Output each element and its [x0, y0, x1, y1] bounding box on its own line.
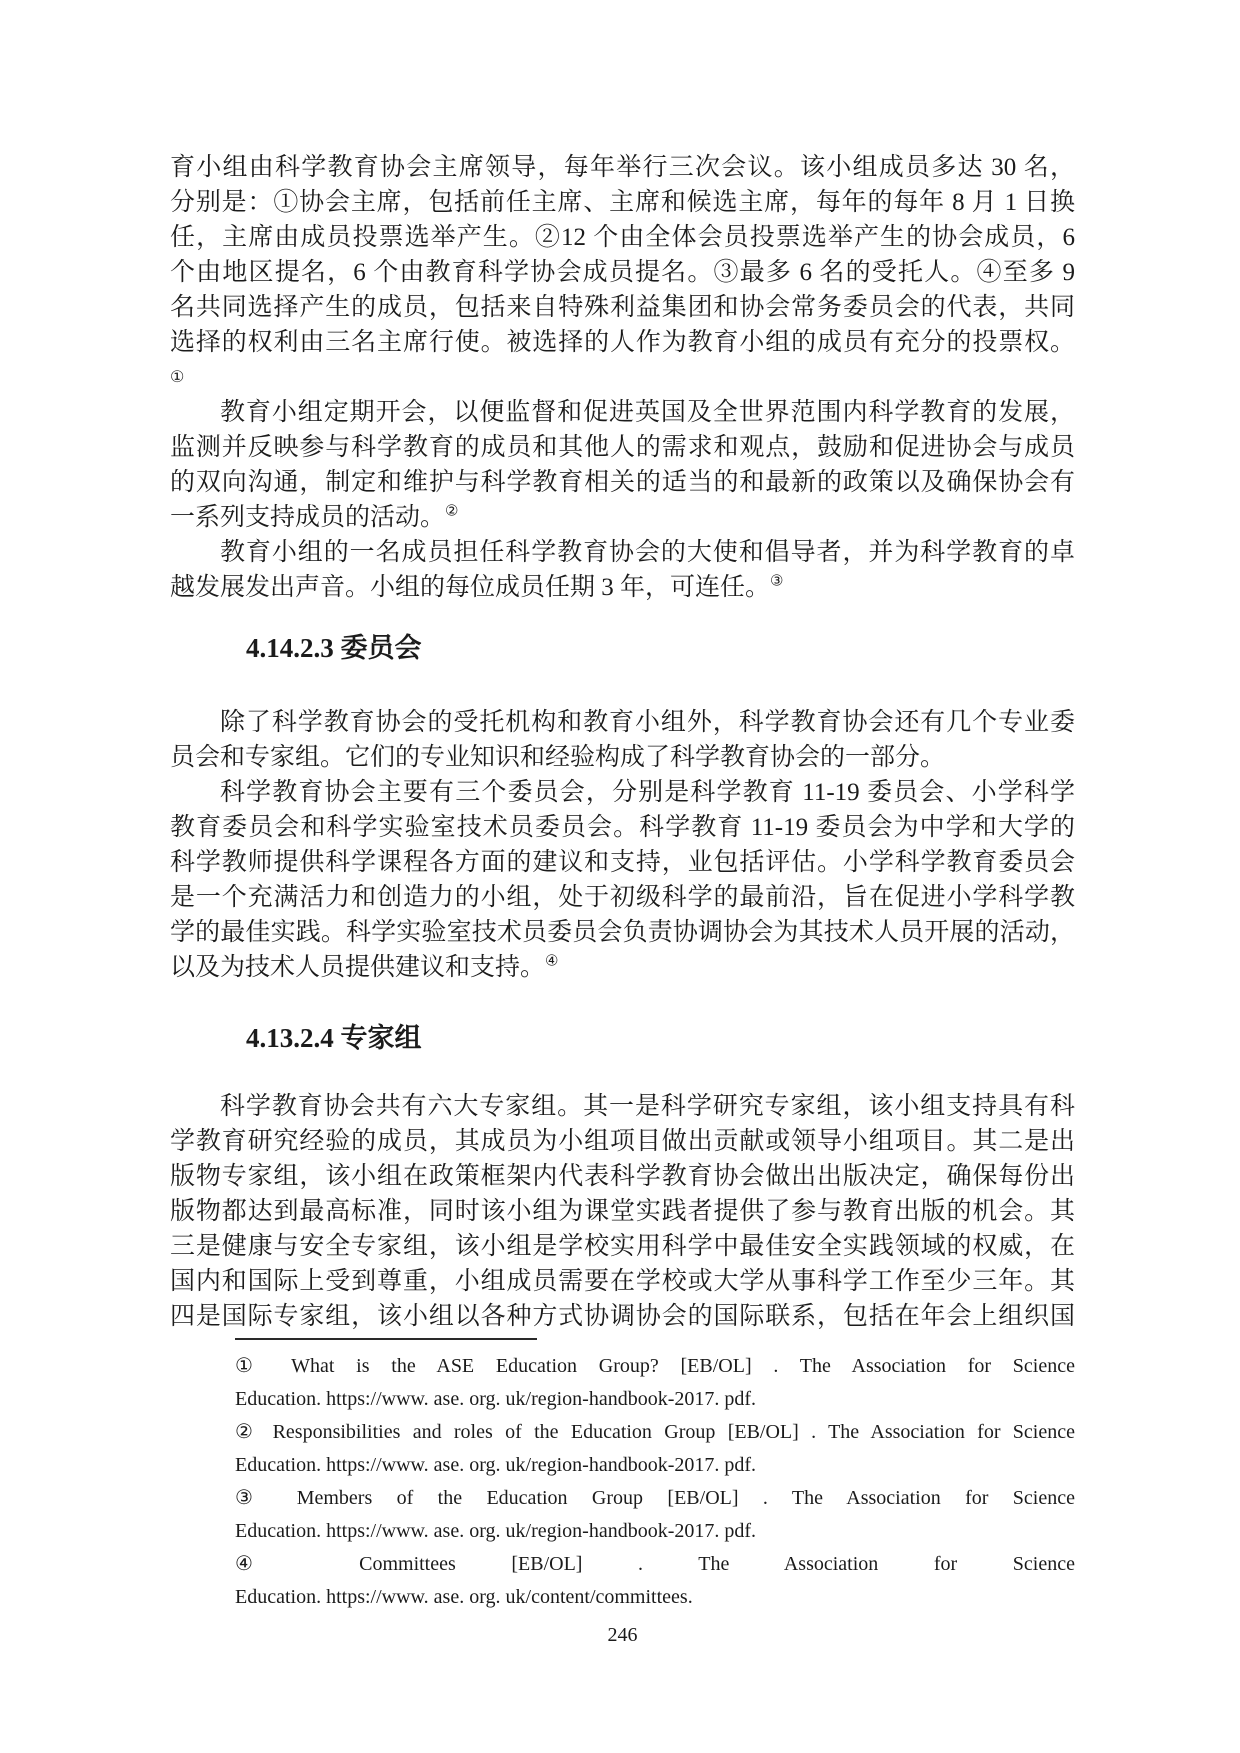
body-text: 育小组由科学教育协会主席领导，每年举行三次会议。该小组成员多达 30 名，分别是…	[170, 150, 1075, 1334]
page-number: 246	[170, 1622, 1075, 1648]
footnote-reference-mark: ③	[770, 574, 783, 590]
body-line: 国内和国际上受到尊重，小组成员需要在学校或大学从事科学工作至少三年。其	[170, 1264, 1075, 1299]
footnotes: ① What is the ASE Education Group? [EB/O…	[235, 1350, 1075, 1614]
footnote-line: Education. https://www. ase. org. uk/reg…	[235, 1515, 1075, 1548]
footnote-line: ① What is the ASE Education Group? [EB/O…	[235, 1350, 1075, 1383]
footnote-line: ③ Members of the Education Group [EB/OL]…	[235, 1482, 1075, 1515]
body-line: 的双向沟通，制定和维护与科学教育相关的适当的和最新的政策以及确保协会有	[170, 465, 1075, 500]
body-line: 是一个充满活力和创造力的小组，处于初级科学的最前沿，旨在促进小学科学教	[170, 880, 1075, 915]
section-heading: 4.14.2.3 委员会	[246, 629, 1075, 667]
body-line: 一系列支持成员的活动。②	[170, 500, 1075, 535]
body-line: 任，主席由成员投票选举产生。②12 个由全体会员投票选举产生的协会成员，6	[170, 220, 1075, 255]
footnote-item: ② Responsibilities and roles of the Educ…	[235, 1416, 1075, 1482]
body-line: 科学教育协会主要有三个委员会，分别是科学教育 11-19 委员会、小学科学	[170, 775, 1075, 810]
paragraph: 育小组由科学教育协会主席领导，每年举行三次会议。该小组成员多达 30 名，分别是…	[170, 150, 1075, 360]
body-line: 版物专家组，该小组在政策框架内代表科学教育协会做出出版决定，确保每份出	[170, 1159, 1075, 1194]
body-line: 科学教育协会共有六大专家组。其一是科学研究专家组，该小组支持具有科	[170, 1089, 1075, 1124]
footnote-line: ② Responsibilities and roles of the Educ…	[235, 1416, 1075, 1449]
body-line: 教育小组定期开会，以便监督和促进英国及全世界范围内科学教育的发展，	[170, 395, 1075, 430]
body-line: 育小组由科学教育协会主席领导，每年举行三次会议。该小组成员多达 30 名，	[170, 150, 1075, 185]
document-page: 育小组由科学教育协会主席领导，每年举行三次会议。该小组成员多达 30 名，分别是…	[0, 0, 1240, 1753]
body-line: 个由地区提名，6 个由教育科学协会成员提名。③最多 6 名的受托人。④至多 9	[170, 255, 1075, 290]
paragraph: 科学教育协会共有六大专家组。其一是科学研究专家组，该小组支持具有科学教育研究经验…	[170, 1089, 1075, 1334]
body-line: 三是健康与安全专家组，该小组是学校实用科学中最佳安全实践领域的权威，在	[170, 1229, 1075, 1264]
body-line: 以及为技术人员提供建议和支持。④	[170, 950, 1075, 985]
footnote-item: ③ Members of the Education Group [EB/OL]…	[235, 1482, 1075, 1548]
footnote-reference-mark: ②	[445, 504, 458, 520]
body-line: 越发展发出声音。小组的每位成员任期 3 年，可连任。③	[170, 570, 1075, 605]
footnote-separator	[235, 1338, 537, 1340]
body-line: 分别是：①协会主席，包括前任主席、主席和候选主席，每年的每年 8 月 1 日换	[170, 185, 1075, 220]
footnote-line: Education. https://www. ase. org. uk/reg…	[235, 1449, 1075, 1482]
body-line: 学的最佳实践。科学实验室技术员委员会负责协调协会为其技术人员开展的活动，	[170, 915, 1075, 950]
footnote-line: Education. https://www. ase. org. uk/con…	[235, 1581, 1075, 1614]
body-line: 版物都达到最高标准，同时该小组为课堂实践者提供了参与教育出版的机会。其	[170, 1194, 1075, 1229]
body-line: 教育小组的一名成员担任科学教育协会的大使和倡导者，并为科学教育的卓	[170, 535, 1075, 570]
body-line: 监测并反映参与科学教育的成员和其他人的需求和观点，鼓励和促进协会与成员	[170, 430, 1075, 465]
body-line: 教育委员会和科学实验室技术员委员会。科学教育 11-19 委员会为中学和大学的	[170, 810, 1075, 845]
body-line: 名共同选择产生的成员，包括来自特殊利益集团和协会常务委员会的代表，共同	[170, 290, 1075, 325]
footnote-item: ① What is the ASE Education Group? [EB/O…	[235, 1350, 1075, 1416]
paragraph: 教育小组定期开会，以便监督和促进英国及全世界范围内科学教育的发展，监测并反映参与…	[170, 395, 1075, 535]
footnote-reference-mark: ④	[545, 954, 558, 970]
body-line: 员会和专家组。它们的专业知识和经验构成了科学教育协会的一部分。	[170, 740, 1075, 775]
paragraph: 科学教育协会主要有三个委员会，分别是科学教育 11-19 委员会、小学科学教育委…	[170, 775, 1075, 985]
paragraph: 除了科学教育协会的受托机构和教育小组外，科学教育协会还有几个专业委员会和专家组。…	[170, 705, 1075, 775]
page-body: 育小组由科学教育协会主席领导，每年举行三次会议。该小组成员多达 30 名，分别是…	[170, 150, 1075, 1648]
body-line: 四是国际专家组，该小组以各种方式协调协会的国际联系，包括在年会上组织国	[170, 1299, 1075, 1334]
footnote-line: Education. https://www. ase. org. uk/reg…	[235, 1383, 1075, 1416]
section-heading: 4.13.2.4 专家组	[246, 1019, 1075, 1057]
body-line: 除了科学教育协会的受托机构和教育小组外，科学教育协会还有几个专业委	[170, 705, 1075, 740]
body-line: 学教育研究经验的成员，其成员为小组项目做出贡献或领导小组项目。其二是出	[170, 1124, 1075, 1159]
body-line: 选择的权利由三名主席行使。被选择的人作为教育小组的成员有充分的投票权。	[170, 325, 1075, 360]
footnote-reference-mark: ①	[170, 360, 1075, 395]
footnote-item: ④ Committees [EB/OL] . The Association f…	[235, 1548, 1075, 1614]
paragraph: 教育小组的一名成员担任科学教育协会的大使和倡导者，并为科学教育的卓越发展发出声音…	[170, 535, 1075, 605]
body-line: 科学教师提供科学课程各方面的建议和支持，业包括评估。小学科学教育委员会	[170, 845, 1075, 880]
footnote-line: ④ Committees [EB/OL] . The Association f…	[235, 1548, 1075, 1581]
